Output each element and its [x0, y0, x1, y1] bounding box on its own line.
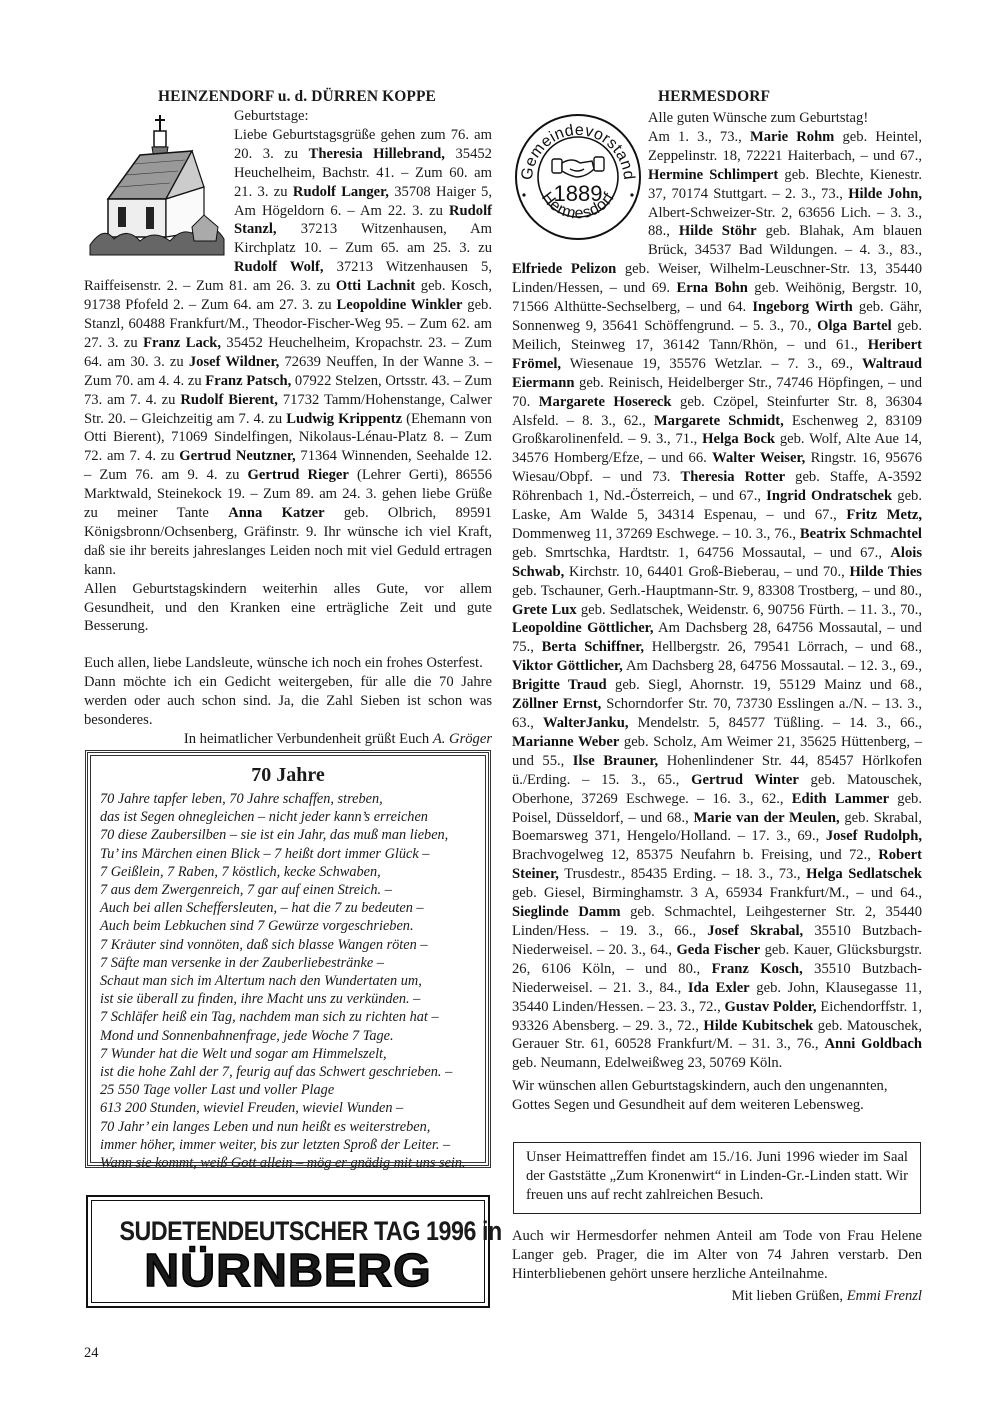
- condolence-text: Auch wir Hermesdorfer nehmen Anteil am T…: [512, 1227, 922, 1284]
- signoff-text: Mit lieben Grüßen,: [732, 1288, 847, 1304]
- banner-city: NÜRNBERG: [82, 1246, 494, 1294]
- person-name: Erna Bohn: [676, 280, 747, 296]
- person-name: Franz Lack,: [143, 335, 221, 351]
- person-name: Gustav Polder,: [725, 999, 817, 1015]
- person-name: Marie Rohm: [750, 129, 834, 145]
- person-name: Elfriede Pelizon: [512, 261, 616, 277]
- person-name: Leopoldine Winkler: [337, 297, 463, 313]
- poem-line: Auch bei allen Scheffersleuten, – hat di…: [100, 899, 476, 917]
- person-name: Marianne Weber: [512, 734, 619, 750]
- signoff-author: Emmi Frenzl: [847, 1288, 922, 1304]
- person-name: Zöllner Ernst,: [512, 696, 601, 712]
- person-name: Helga Sedlatschek: [806, 866, 922, 882]
- person-name: Geda Fischer: [676, 942, 760, 958]
- person-name: Fritz Metz,: [846, 507, 922, 523]
- birthday-list-hermesdorf: Am 1. 3., 73., Marie Rohm geb. Heintel, …: [512, 128, 922, 1073]
- hermesdorf-section: HERMESDORF Gemeindevorstand Hermesdorf: [512, 88, 922, 1115]
- person-name: Hilde Kubitschek: [703, 1018, 813, 1034]
- birthday-wishes-hermesdorf: Wir wünschen allen Geburtstagskindern, a…: [512, 1077, 922, 1115]
- poem-line: 7 Schläfer heiß ein Tag, nachdem man sic…: [100, 1008, 476, 1026]
- notice-text: Unser Heimattreffen findet am 15./16. Ju…: [526, 1148, 908, 1205]
- person-name: Brigitte Traud: [512, 677, 607, 693]
- heinzendorf-section: HEINZENDORF u. d. DÜRREN KOPPE: [84, 88, 492, 749]
- person-name: Rudolf Langer,: [293, 184, 389, 200]
- poem-line: 25 550 Tage voller Last und voller Plage: [100, 1081, 476, 1099]
- person-name: Theresia Hillebrand,: [309, 146, 445, 162]
- person-name: Hilde Thies: [849, 564, 922, 580]
- easter-greeting: Euch allen, liebe Landsleute, wünsche ic…: [84, 654, 492, 673]
- poem-line: Schaut man sich im Altertum nach den Wun…: [100, 972, 476, 990]
- poem-line: Auch beim Lebkuchen sind 7 Gewürze vorge…: [100, 917, 476, 935]
- condolence-section: Auch wir Hermesdorfer nehmen Anteil am T…: [512, 1227, 922, 1306]
- person-name: Franz Kosch,: [712, 961, 803, 977]
- person-name: Heribert Frömel,: [512, 337, 922, 372]
- event-banner: SUDETENDEUTSCHER TAG 1996 in NÜRNBERG: [86, 1195, 490, 1308]
- poem-line: ist die hohe Zahl der 7, feurig auf das …: [100, 1063, 476, 1081]
- signoff-text: In heimatlicher Verbundenheit grüßt Euch: [184, 731, 433, 747]
- poem-lines: 70 Jahre tapfer leben, 70 Jahre schaffen…: [100, 790, 476, 1172]
- person-name: Berta Schiffner,: [542, 639, 644, 655]
- person-name: Olga Bartel: [817, 318, 892, 334]
- person-name: Ludwig Krippentz: [286, 411, 402, 427]
- municipal-seal-icon: Gemeindevorstand Hermesdorf 1889: [512, 111, 644, 243]
- person-name: Hermine Schlimpert: [648, 167, 778, 183]
- person-name: Franz Patsch,: [205, 373, 291, 389]
- poem-line: das ist Segen ohnegleichen – nicht jeder…: [100, 808, 476, 826]
- person-name: Gertrud Rieger: [248, 467, 349, 483]
- person-name: Anna Katzer: [228, 505, 324, 521]
- person-name: Helga Bock: [702, 431, 775, 447]
- poem-line: 70 Jahr’ ein langes Leben und nun heißt …: [100, 1118, 476, 1136]
- person-name: Hilde Stöhr: [679, 223, 757, 239]
- person-name: Hilde John,: [848, 186, 922, 202]
- poem-title: 70 Jahre: [100, 763, 476, 787]
- chapel-illustration-icon: [84, 107, 226, 259]
- signoff-author: A. Gröger: [433, 731, 492, 747]
- person-name: Waltraud Eiermann: [512, 356, 922, 391]
- person-name: Rudolf Bierent,: [180, 392, 278, 408]
- homeland-meeting-notice: Unser Heimattreffen findet am 15./16. Ju…: [513, 1142, 921, 1214]
- poem-introduction: Dann möchte ich ein Gedicht weitergeben,…: [84, 673, 492, 730]
- poem-line: 7 Kräuter sind vonnöten, daß sich blasse…: [100, 936, 476, 954]
- signoff-left: In heimatlicher Verbundenheit grüßt Euch…: [84, 730, 492, 749]
- poem-box: 70 Jahre 70 Jahre tapfer leben, 70 Jahre…: [85, 750, 491, 1168]
- person-name: Grete Lux: [512, 602, 577, 618]
- person-name: Leopoldine Göttlicher,: [512, 620, 653, 636]
- svg-text:1889: 1889: [554, 181, 603, 206]
- poem-line: Tu’ ins Märchen einen Blick – 7 heißt do…: [100, 845, 476, 863]
- poem-line: immer höher, immer weiter, bis zur letzt…: [100, 1136, 476, 1154]
- person-name: Otti Lachnit: [336, 278, 415, 294]
- page-number: 24: [84, 1344, 99, 1363]
- poem-line: 70 diese Zaubersilben – sie ist ein Jahr…: [100, 826, 476, 844]
- person-name: Beatrix Schmachtel: [800, 526, 922, 542]
- person-name: Edith Lammer: [792, 791, 889, 807]
- poem-line: 7 Säfte man versenke in der Zauberliebes…: [100, 954, 476, 972]
- person-name: WalterJanku,: [543, 715, 629, 731]
- person-name: Rudolf Wolf,: [234, 259, 323, 275]
- person-name: Anni Goldbach: [824, 1036, 922, 1052]
- poem-line: Mond und Sonnenbahnenfrage, jede Woche 7…: [100, 1027, 476, 1045]
- person-name: Theresia Rotter: [681, 469, 786, 485]
- person-name: Josef Skrabal,: [707, 923, 803, 939]
- person-name: Ingrid Ondratschek: [766, 488, 892, 504]
- poem-line: 7 Wunder hat die Welt und sogar am Himme…: [100, 1045, 476, 1063]
- person-name: Sieglinde Damm: [512, 904, 621, 920]
- person-name: Walter Weiser,: [712, 450, 805, 466]
- poem-line: 7 Geißlein, 7 Raben, 7 köstlich, kecke S…: [100, 863, 476, 881]
- section-title-hermesdorf: HERMESDORF: [512, 88, 922, 106]
- person-name: Josef Wildner,: [189, 354, 279, 370]
- person-name: Ingeborg Wirth: [752, 299, 852, 315]
- person-name: Gertrud Winter: [691, 772, 799, 788]
- birthday-wishes: Allen Geburtstagskindern weiterhin alles…: [84, 580, 492, 637]
- person-name: Viktor Göttlicher,: [512, 658, 623, 674]
- person-name: Ida Exler: [688, 980, 750, 996]
- person-name: Gertrud Neutzner,: [179, 448, 295, 464]
- poem-line: Wann sie kommt, weiß Gott allein – mög e…: [100, 1154, 476, 1172]
- poem-line: 70 Jahre tapfer leben, 70 Jahre schaffen…: [100, 790, 476, 808]
- poem-line: ist sie überall zu finden, ihre Macht un…: [100, 990, 476, 1008]
- poem-line: 7 aus dem Zwergenreich, 7 gar auf einen …: [100, 881, 476, 899]
- person-name: Ilse Brauner,: [573, 753, 658, 769]
- person-name: Josef Rudolph,: [826, 828, 922, 844]
- person-name: Margarete Hosereck: [539, 394, 672, 410]
- person-name: Marie van der Meulen,: [693, 810, 839, 826]
- banner-headline: SUDETENDEUTSCHER TAG 1996 in: [119, 1201, 456, 1246]
- person-name: Rudolf Stanzl,: [234, 203, 492, 238]
- poem-line: 613 200 Stunden, wieviel Freuden, wievie…: [100, 1099, 476, 1117]
- signoff-right: Mit lieben Grüßen, Emmi Frenzl: [512, 1287, 922, 1306]
- section-title-heinzendorf: HEINZENDORF u. d. DÜRREN KOPPE: [84, 88, 492, 106]
- person-name: Margarete Schmidt,: [654, 413, 784, 429]
